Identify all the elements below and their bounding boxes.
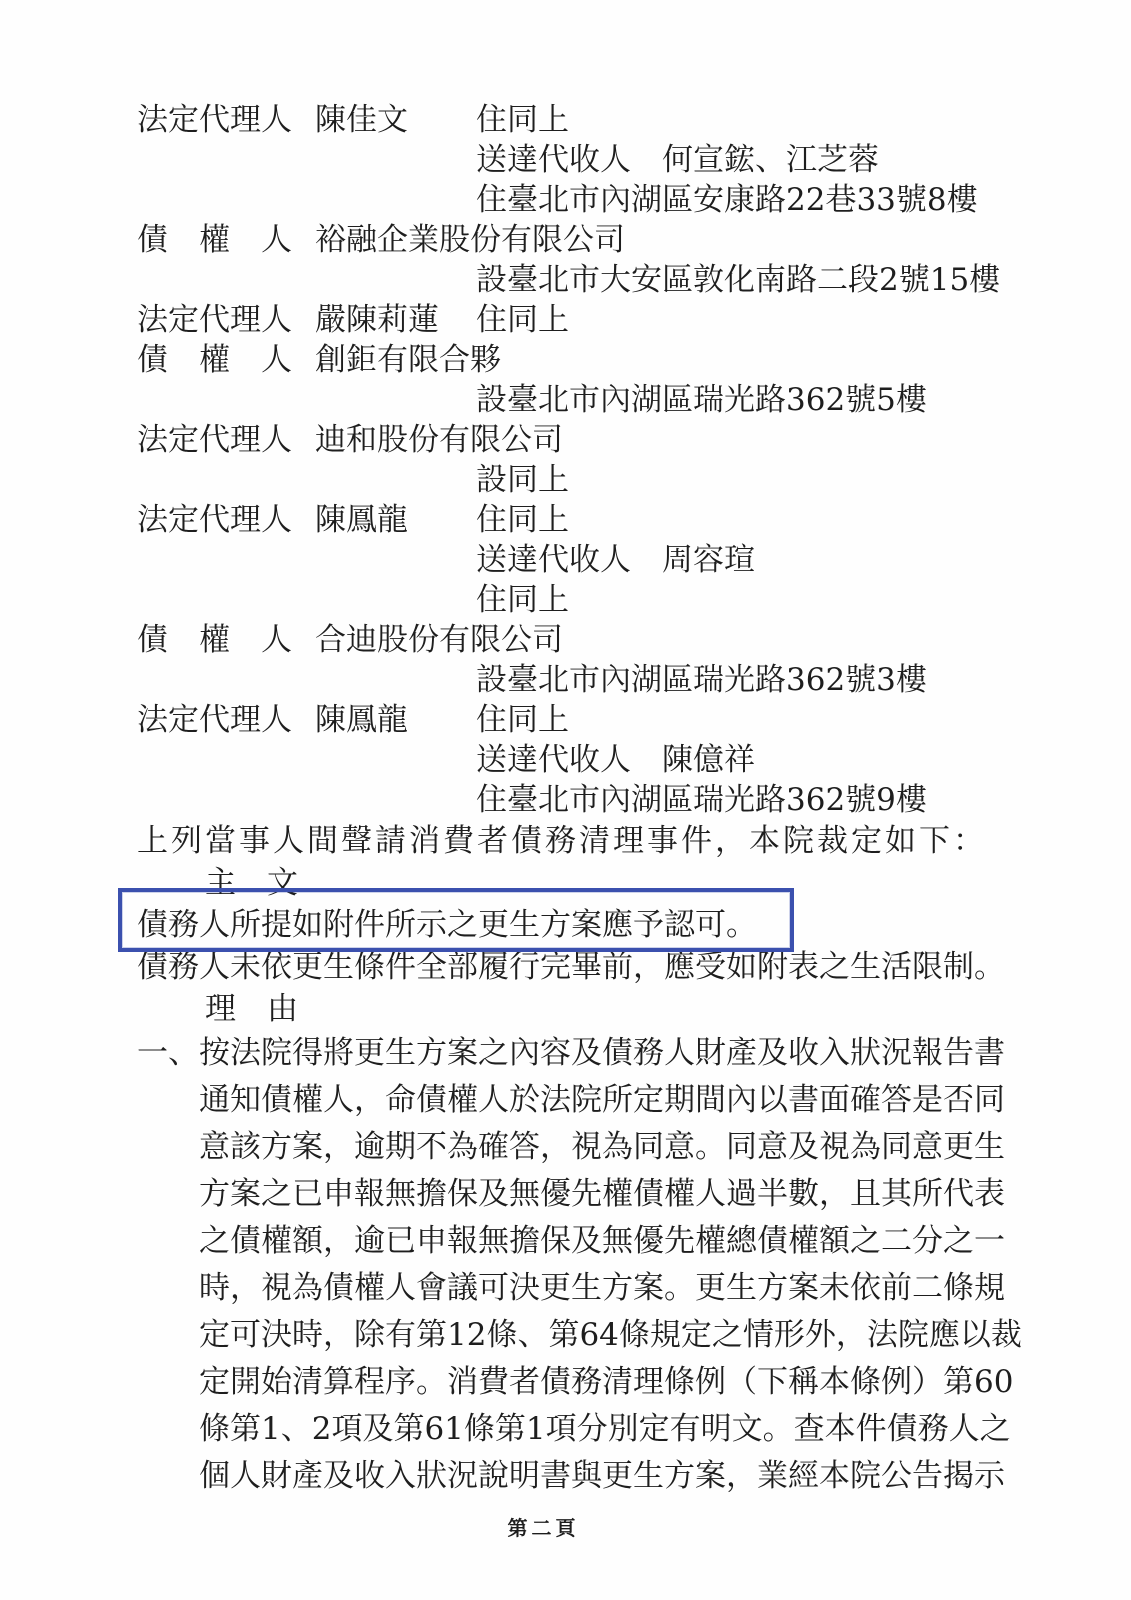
party-name: [315, 460, 476, 500]
party-row: 住同上: [137, 580, 1091, 620]
party-role-label: [137, 740, 315, 780]
reason-line: 條第1、2項及第61條第1項分別定有明文。查本件債務人之: [137, 1406, 1091, 1453]
party-name: 合迪股份有限公司: [315, 620, 563, 660]
party-role-label: [137, 780, 315, 820]
party-address: 住同上: [476, 580, 1091, 620]
main-text-line-1: 債務人所提如附件所示之更生方案應予認可。: [137, 904, 1091, 946]
reason-line-text: 通知債權人，命債權人於法院所定期間內以書面確答是否同: [199, 1077, 1091, 1124]
party-name: 陳鳳龍: [315, 700, 476, 740]
party-list: 法定代理人 陳佳文 住同上 送達代收人 何宣鋐、江芝蓉 住臺北市內湖區安康路22…: [137, 100, 1091, 820]
party-role-label: [137, 260, 315, 300]
court-ruling-page: 法定代理人 陳佳文 住同上 送達代收人 何宣鋐、江芝蓉 住臺北市內湖區安康路22…: [0, 0, 1131, 1600]
reason-line-text: 個人財產及收入狀況說明書與更生方案，業經本院公告揭示: [199, 1453, 1091, 1500]
party-name: [315, 580, 476, 620]
reason-line-text: 時，視為債權人會議可決更生方案。更生方案未依前二條規: [199, 1265, 1091, 1312]
party-row: 法定代理人 陳鳳龍 住同上: [137, 500, 1091, 540]
party-role-label: [137, 140, 315, 180]
party-address: 住同上: [476, 700, 1091, 740]
party-address: 設臺北市內湖區瑞光路362號5樓: [476, 380, 1091, 420]
ruling-intro: 上列當事人間聲請消費者債務清理事件，本院裁定如下：: [137, 820, 1091, 862]
document-content: 法定代理人 陳佳文 住同上 送達代收人 何宣鋐、江芝蓉 住臺北市內湖區安康路22…: [0, 0, 1131, 1500]
reasons-paragraph: 一、 按法院得將更生方案之內容及債務人財產及收入狀況報告書 通知債權人，命債權人…: [137, 1030, 1091, 1500]
party-name: [315, 180, 476, 220]
party-name: [315, 540, 476, 580]
party-address: 送達代收人 周容瑄: [476, 540, 1091, 580]
reason-line: 方案之已申報無擔保及無優先權債權人過半數，且其所代表: [137, 1171, 1091, 1218]
reason-line: 時，視為債權人會議可決更生方案。更生方案未依前二條規: [137, 1265, 1091, 1312]
party-row: 債 權 人 合迪股份有限公司: [137, 620, 1091, 660]
party-role-label: [137, 460, 315, 500]
reason-line: 意該方案，逾期不為確答，視為同意。同意及視為同意更生: [137, 1124, 1091, 1171]
party-role-label: 法定代理人: [137, 300, 315, 340]
party-address: 住同上: [476, 500, 1091, 540]
party-role-label: 法定代理人: [137, 100, 315, 140]
party-row: 設臺北市大安區敦化南路二段2號15樓: [137, 260, 1091, 300]
party-name: 陳佳文: [315, 100, 476, 140]
party-role-label: [137, 540, 315, 580]
party-address: [563, 420, 1091, 460]
party-address: 送達代收人 何宣鋐、江芝蓉: [476, 140, 1091, 180]
party-row: 設臺北市內湖區瑞光路362號3樓: [137, 660, 1091, 700]
party-name: [315, 140, 476, 180]
party-role-label: 債 權 人: [137, 620, 315, 660]
party-address: 設同上: [476, 460, 1091, 500]
party-address: 住同上: [476, 300, 1091, 340]
party-name: [315, 260, 476, 300]
party-row: 住臺北市內湖區瑞光路362號9樓: [137, 780, 1091, 820]
party-row: 送達代收人 何宣鋐、江芝蓉: [137, 140, 1091, 180]
party-address: 設臺北市大安區敦化南路二段2號15樓: [476, 260, 1091, 300]
reason-line: 定可決時，除有第12條、第64條規定之情形外，法院應以裁: [137, 1312, 1091, 1359]
party-row: 送達代收人 陳億祥: [137, 740, 1091, 780]
party-name: 陳鳳龍: [315, 500, 476, 540]
party-name: [315, 660, 476, 700]
party-name: [315, 740, 476, 780]
party-row: 住臺北市內湖區安康路22巷33號8樓: [137, 180, 1091, 220]
party-row: 送達代收人 周容瑄: [137, 540, 1091, 580]
party-address: [563, 620, 1091, 660]
party-address: 住同上: [476, 100, 1091, 140]
reason-line: 通知債權人，命債權人於法院所定期間內以書面確答是否同: [137, 1077, 1091, 1124]
party-row: 法定代理人 迪和股份有限公司: [137, 420, 1091, 460]
party-address: 設臺北市內湖區瑞光路362號3樓: [476, 660, 1091, 700]
reason-line-text: 定開始清算程序。消費者債務清理條例（下稱本條例）第60: [199, 1359, 1091, 1406]
reasons-heading: 理 由: [137, 988, 1091, 1030]
page-number: 第二頁: [508, 1516, 580, 1540]
reason-line: 個人財產及收入狀況說明書與更生方案，業經本院公告揭示: [137, 1453, 1091, 1500]
party-name: [315, 380, 476, 420]
party-address: [501, 340, 1091, 380]
party-role-label: [137, 380, 315, 420]
party-row: 設同上: [137, 460, 1091, 500]
party-address: 住臺北市內湖區瑞光路362號9樓: [476, 780, 1091, 820]
main-text-line-2: 債務人未依更生條件全部履行完畢前，應受如附表之生活限制。: [137, 946, 1091, 988]
main-text-heading: 主 文: [137, 862, 1091, 904]
party-role-label: [137, 180, 315, 220]
party-row: 法定代理人 陳鳳龍 住同上: [137, 700, 1091, 740]
party-role-label: [137, 660, 315, 700]
party-role-label: [137, 580, 315, 620]
party-name: 創鉅有限合夥: [315, 340, 501, 380]
party-role-label: 法定代理人: [137, 420, 315, 460]
party-address: 送達代收人 陳億祥: [476, 740, 1091, 780]
party-role-label: 債 權 人: [137, 220, 315, 260]
party-name: 嚴陳莉蓮: [315, 300, 476, 340]
party-role-label: 債 權 人: [137, 340, 315, 380]
reason-line: 之債權額，逾已申報無擔保及無優先權總債權額之二分之一: [137, 1218, 1091, 1265]
party-role-label: 法定代理人: [137, 500, 315, 540]
party-name: [315, 780, 476, 820]
party-address: [625, 220, 1091, 260]
reason-line-text: 按法院得將更生方案之內容及債務人財產及收入狀況報告書: [199, 1030, 1091, 1077]
reason-line: 一、 按法院得將更生方案之內容及債務人財產及收入狀況報告書: [137, 1030, 1091, 1077]
reason-line-text: 方案之已申報無擔保及無優先權債權人過半數，且其所代表: [199, 1171, 1091, 1218]
reason-line: 定開始清算程序。消費者債務清理條例（下稱本條例）第60: [137, 1359, 1091, 1406]
reason-line-text: 之債權額，逾已申報無擔保及無優先權總債權額之二分之一: [199, 1218, 1091, 1265]
party-name: 迪和股份有限公司: [315, 420, 563, 460]
party-row: 法定代理人 嚴陳莉蓮 住同上: [137, 300, 1091, 340]
party-address: 住臺北市內湖區安康路22巷33號8樓: [476, 180, 1091, 220]
party-role-label: 法定代理人: [137, 700, 315, 740]
reason-line-text: 意該方案，逾期不為確答，視為同意。同意及視為同意更生: [199, 1124, 1091, 1171]
reason-item-marker: 一、: [137, 1030, 199, 1077]
party-row: 設臺北市內湖區瑞光路362號5樓: [137, 380, 1091, 420]
reason-line-text: 定可決時，除有第12條、第64條規定之情形外，法院應以裁: [199, 1312, 1091, 1359]
party-row: 債 權 人 創鉅有限合夥: [137, 340, 1091, 380]
party-row: 債 權 人 裕融企業股份有限公司: [137, 220, 1091, 260]
page-footer: 第二頁: [0, 1512, 1131, 1541]
party-row: 法定代理人 陳佳文 住同上: [137, 100, 1091, 140]
party-name: 裕融企業股份有限公司: [315, 220, 625, 260]
reason-line-text: 條第1、2項及第61條第1項分別定有明文。查本件債務人之: [199, 1406, 1091, 1453]
